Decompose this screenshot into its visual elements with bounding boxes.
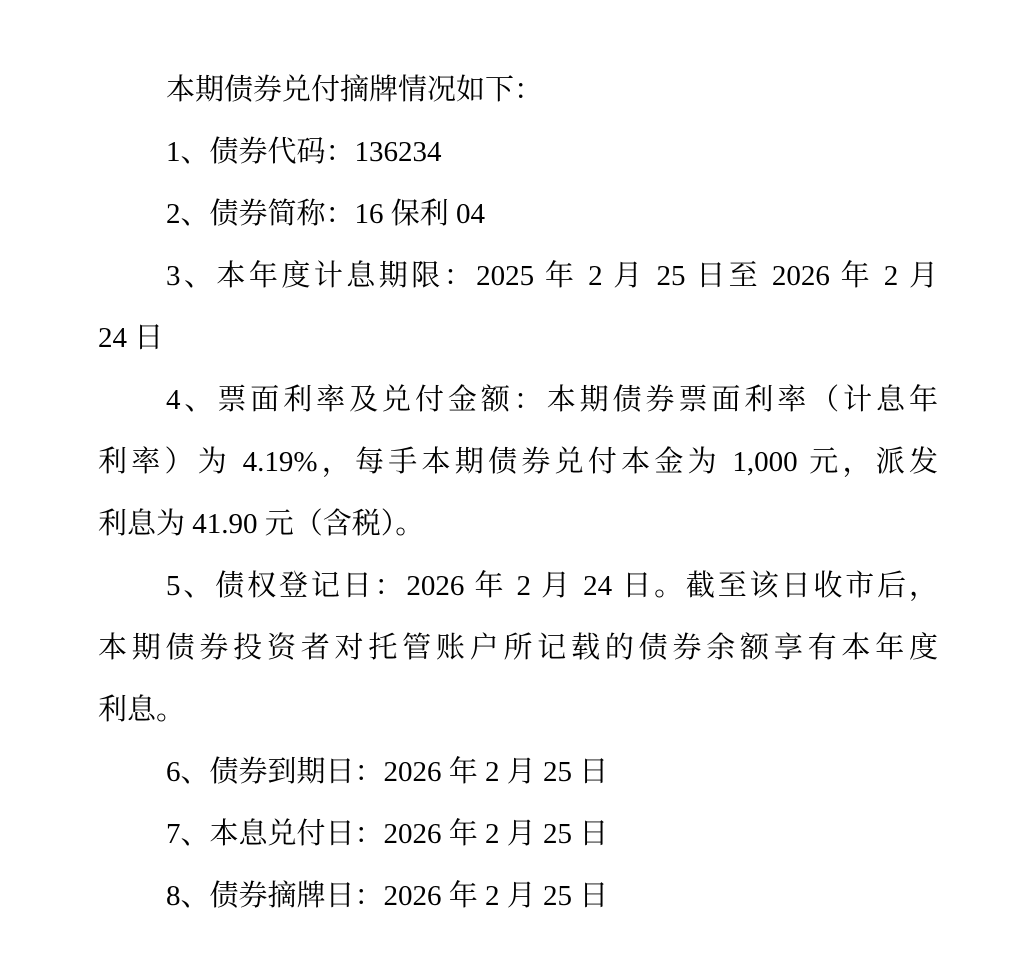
item-3-interest-period-line-2: 24 日 <box>98 307 938 369</box>
item-6-maturity-date: 6、债券到期日：2026 年 2 月 25 日 <box>98 741 938 803</box>
item-4-coupon-rate-line-3: 利息为 41.90 元（含税）。 <box>98 493 938 555</box>
item-5-registration-date-line-2: 本期债券投资者对托管账户所记载的债券余额享有本年度 <box>98 617 938 679</box>
item-4-coupon-rate-line-2: 利率）为 4.19%，每手本期债券兑付本金为 1,000 元，派发 <box>98 431 938 493</box>
item-5-registration-date-line-3: 利息。 <box>98 679 938 741</box>
item-2-bond-abbreviation: 2、债券简称：16 保利 04 <box>98 183 938 245</box>
heading-line: 本期债券兑付摘牌情况如下： <box>98 59 938 121</box>
item-4-coupon-rate-line-1: 4、票面利率及兑付金额：本期债券票面利率（计息年 <box>98 369 938 431</box>
item-1-bond-code: 1、债券代码：136234 <box>98 121 938 183</box>
item-7-principal-interest-payment-date: 7、本息兑付日：2026 年 2 月 25 日 <box>98 803 938 865</box>
item-3-interest-period-line-1: 3、本年度计息期限：2025 年 2 月 25 日至 2026 年 2 月 <box>98 245 938 307</box>
item-5-registration-date-line-1: 5、债权登记日：2026 年 2 月 24 日。截至该日收市后， <box>98 555 938 617</box>
document-page: 本期债券兑付摘牌情况如下： 1、债券代码：136234 2、债券简称：16 保利… <box>0 0 1017 954</box>
item-8-delisting-date: 8、债券摘牌日：2026 年 2 月 25 日 <box>98 865 938 927</box>
